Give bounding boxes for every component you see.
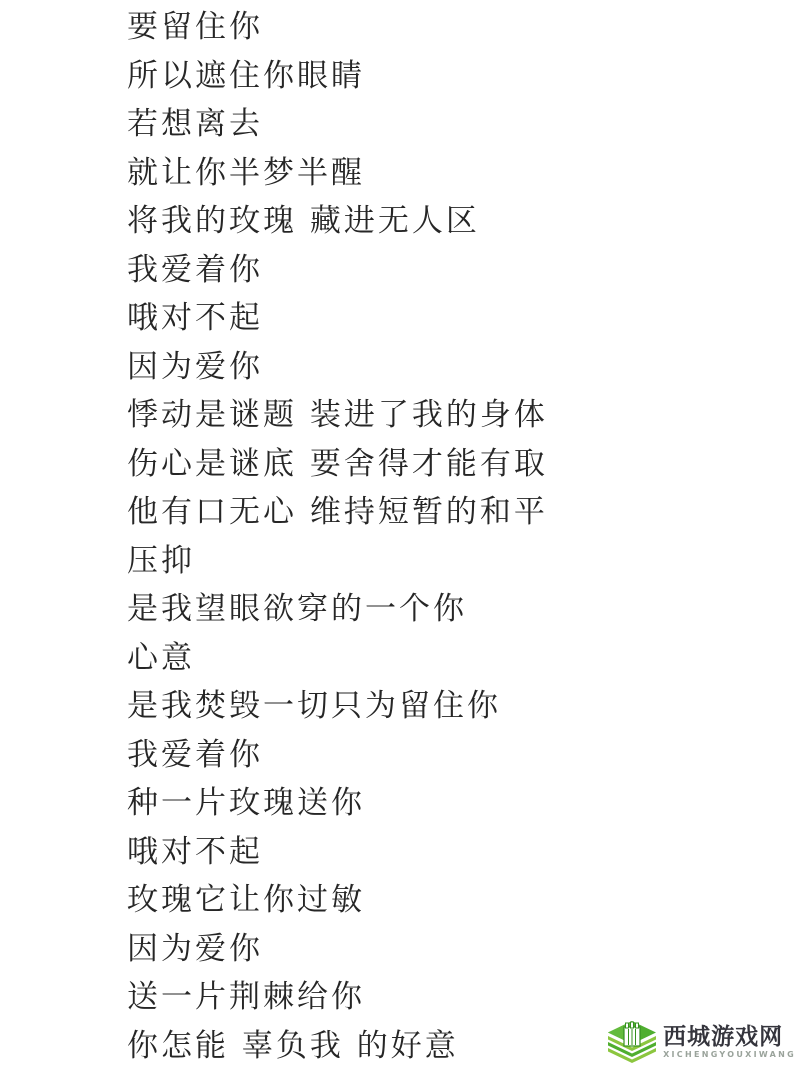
lyric-line: 所以遮住你眼睛 xyxy=(127,52,747,101)
lyric-line: 心意 xyxy=(127,634,747,683)
lyric-line: 我爱着你 xyxy=(127,731,747,780)
watermark: 西城游戏网 XICHENGYOUXIWANG xyxy=(606,1021,796,1063)
lyric-line: 我爱着你 xyxy=(127,246,747,295)
watermark-brand-text: 西城游戏网 xyxy=(663,1025,783,1049)
lyrics-page: 要留住你 所以遮住你眼睛 若想离去 就让你半梦半醒 将我的玫瑰 藏进无人区 我爱… xyxy=(127,3,747,1067)
watermark-subtext: XICHENGYOUXIWANG xyxy=(663,1050,796,1060)
lyric-line: 因为爱你 xyxy=(127,343,747,392)
xicheng-logo-icon xyxy=(606,1021,658,1063)
lyric-line: 要留住你 xyxy=(127,3,747,52)
lyric-line: 种一片玫瑰送你 xyxy=(127,779,747,828)
lyric-line: 就让你半梦半醒 xyxy=(127,149,747,198)
lyric-line: 玫瑰它让你过敏 xyxy=(127,876,747,925)
lyric-line: 因为爱你 xyxy=(127,925,747,974)
lyric-line: 送一片荆棘给你 xyxy=(127,973,747,1022)
lyric-line: 哦对不起 xyxy=(127,294,747,343)
lyric-line: 伤心是谜底 要舍得才能有取 xyxy=(127,440,747,489)
lyric-line: 是我焚毁一切只为留住你 xyxy=(127,682,747,731)
lyric-line: 将我的玫瑰 藏进无人区 xyxy=(127,197,747,246)
lyric-line: 悸动是谜题 装进了我的身体 xyxy=(127,391,747,440)
lyric-line: 压抑 xyxy=(127,537,747,586)
lyric-line: 他有口无心 维持短暂的和平 xyxy=(127,488,747,537)
lyric-line: 哦对不起 xyxy=(127,828,747,877)
lyric-line: 若想离去 xyxy=(127,100,747,149)
lyric-line: 是我望眼欲穿的一个你 xyxy=(127,585,747,634)
